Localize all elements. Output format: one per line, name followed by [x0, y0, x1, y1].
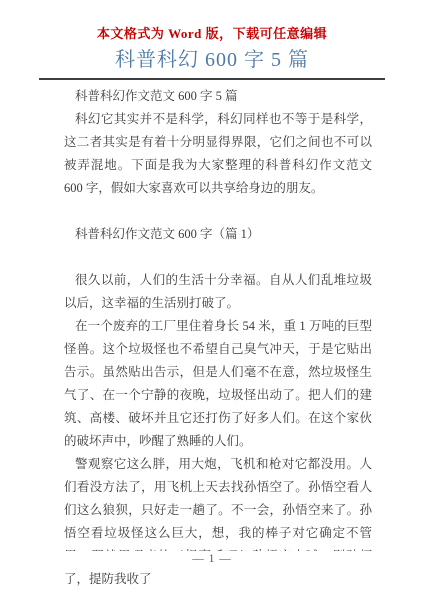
document-title: 科普科幻 600 字 5 篇	[0, 48, 424, 72]
word-document-page: 本文格式为 Word 版，下载可任意编辑 科普科幻 600 字 5 篇 科普科幻…	[0, 0, 424, 600]
document-body: 科普科幻作文范文 600 字 5 篇 科幻它其实并不是科学，科幻同样也不等于是科…	[64, 85, 372, 591]
body-intro-heading: 科普科幻作文范文 600 字 5 篇	[64, 85, 372, 108]
page-number: — 1 —	[0, 551, 424, 567]
format-notice-banner: 本文格式为 Word 版，下载可任意编辑	[0, 0, 424, 42]
title-divider-rule	[39, 78, 385, 80]
body-paragraph: 很久以前，人们的生活十分幸福。自从人们乱堆垃圾以后，这幸福的生活别打破了。	[64, 269, 372, 315]
section-heading-part1: 科普科幻作文范文 600 字（篇 1）	[64, 223, 372, 246]
body-paragraph: 在一个废弃的工厂里住着身长 54 米，重 1 万吨的巨型怪兽。这个垃圾怪也不希望…	[64, 315, 372, 453]
body-paragraph: 科幻它其实并不是科学，科幻同样也不等于是科学，这二者其实是有着十分明显得界限，它…	[64, 108, 372, 200]
body-paragraph: 警观察它这么胖，用大炮，飞机和枪对它都没用。人们看没方法了，用飞机上天去找孙悟空…	[64, 453, 372, 591]
